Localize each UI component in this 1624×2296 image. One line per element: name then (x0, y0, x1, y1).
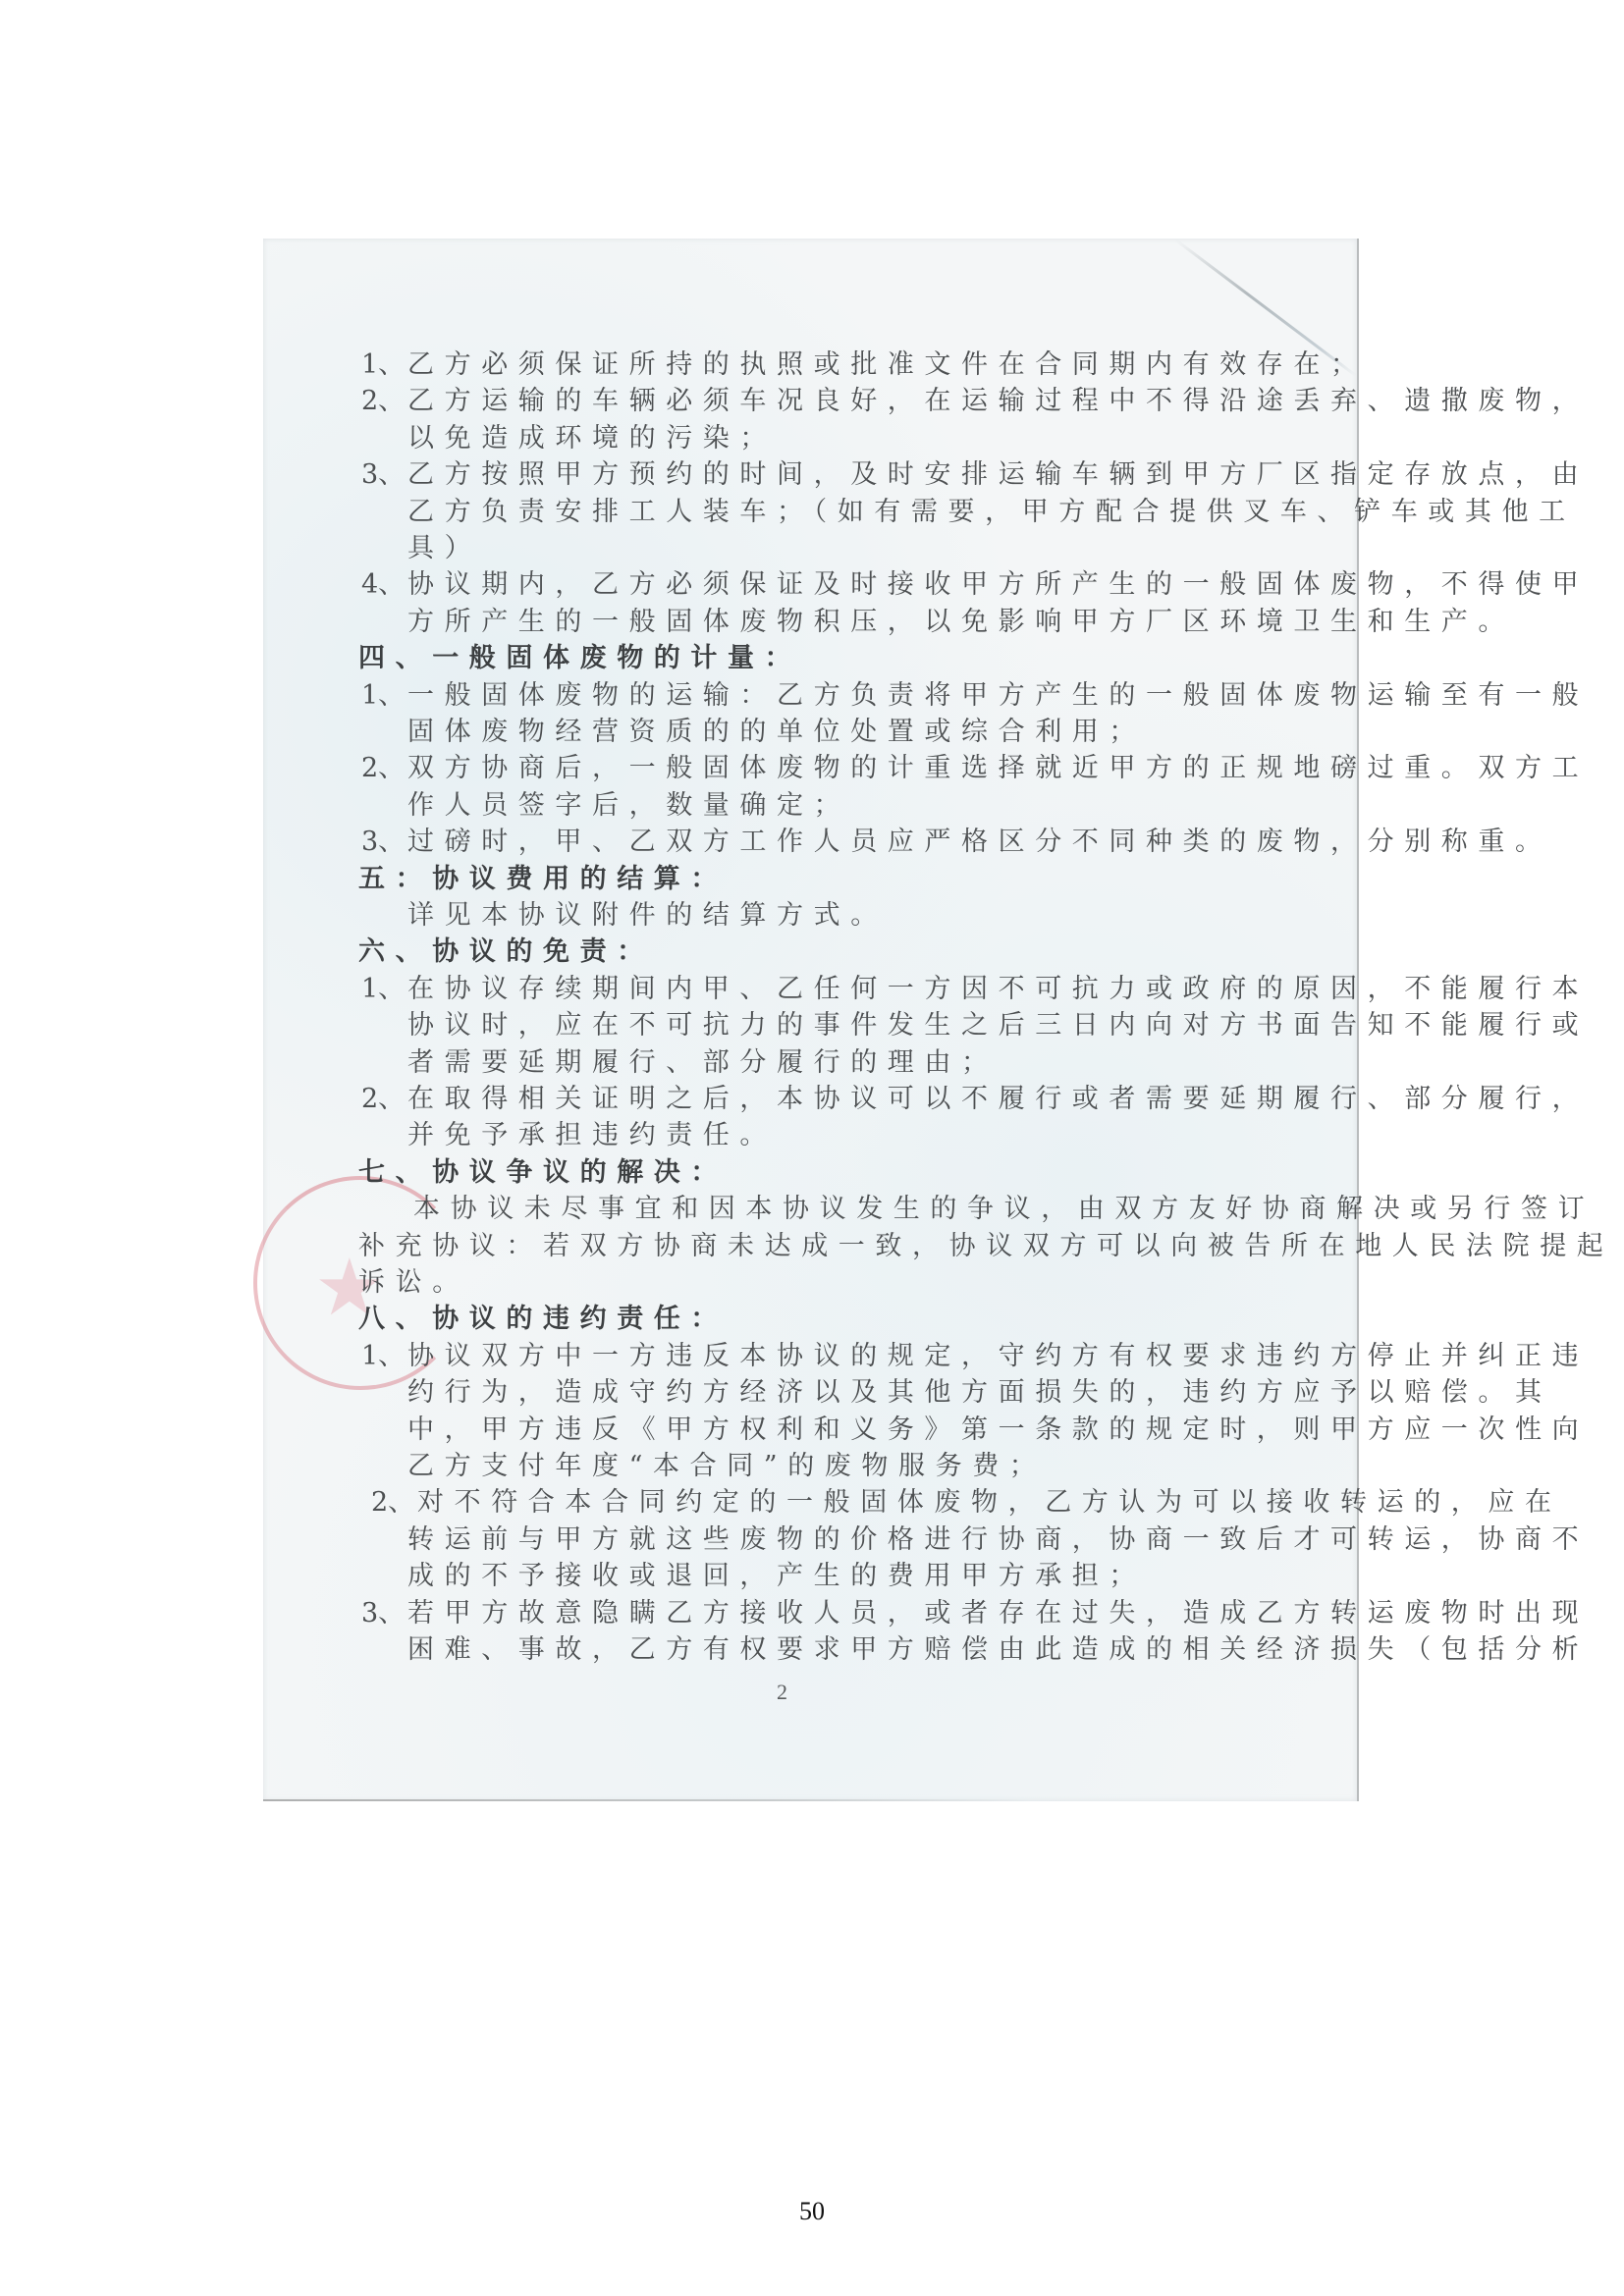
list-item-continuation: 以免造成环境的污染； (407, 422, 777, 455)
item-number: 3、 (361, 458, 405, 492)
line-text: 乙方必须保证所持的执照或批准文件在合同期内有效存在； (407, 349, 1368, 380)
section-heading: 四、一般固体废物的计量： (358, 642, 801, 675)
line-text: 协议双方中一方违反本协议的规定，守约方有权要求违约方停止并纠正违 (407, 1341, 1589, 1371)
list-item: 3、过磅时，甲、乙双方工作人员应严格区分不同种类的废物，分别称重。 (407, 826, 1552, 859)
item-number: 2、 (361, 1083, 405, 1116)
line-text: 在协议存续期间内甲、乙任何一方因不可抗力或政府的原因，不能履行本 (407, 974, 1589, 1004)
line-text: 四、一般固体废物的计量： (358, 643, 801, 673)
line-text: 乙方负责安排工人装车；（如有需要，甲方配合提供叉车、铲车或其他工 (407, 497, 1576, 527)
list-item-continuation: 具） (407, 532, 481, 565)
list-item-continuation: 并免予承担违约责任。 (407, 1119, 777, 1152)
section-heading: 五：协议费用的结算： (358, 863, 728, 896)
line-text: 方所产生的一般固体废物积压，以免影响甲方厂区环境卫生和生产。 (407, 607, 1515, 637)
list-item: 2、在取得相关证明之后，本协议可以不履行或者需要延期履行、部分履行， (407, 1083, 1589, 1116)
list-item-continuation: 方所产生的一般固体废物积压，以免影响甲方厂区环境卫生和生产。 (407, 606, 1515, 639)
line-text: 在取得相关证明之后，本协议可以不履行或者需要延期履行、部分履行， (407, 1084, 1589, 1114)
list-item-continuation: 乙方支付年度“本合同”的废物服务费； (407, 1450, 1046, 1483)
item-number: 1、 (361, 1340, 405, 1373)
scan-edge (263, 1799, 1357, 1801)
list-item-continuation: 乙方负责安排工人装车；（如有需要，甲方配合提供叉车、铲车或其他工 (407, 496, 1576, 529)
list-item: 2、双方协商后，一般固体废物的计重选择就近甲方的正规地磅过重。双方工 (407, 752, 1589, 785)
item-number: 2、 (371, 1486, 414, 1520)
line-text: 者需要延期履行、部分履行的理由； (407, 1047, 999, 1078)
paragraph-line: 诉讼。 (358, 1266, 469, 1300)
item-number: 1、 (361, 348, 405, 382)
section-heading: 七、协议争议的解决： (358, 1156, 728, 1190)
paragraph-line: 补充协议：若双方协商未达成一致，协议双方可以向被告所在地人民法院提起 (358, 1230, 1613, 1263)
line-text: 详见本协议附件的结算方式。 (407, 900, 888, 931)
list-item-continuation: 中，甲方违反《甲方权利和义务》第一条款的规定时，则甲方应一次性向 (407, 1414, 1589, 1447)
section-heading: 八、协议的违约责任： (358, 1303, 728, 1336)
line-text: 本协议未尽事宜和因本协议发生的争议，由双方友好协商解决或另行签订 (413, 1194, 1595, 1224)
list-item-continuation: 协议时，应在不可抗力的事件发生之后三日内向对方书面告知不能履行或 (407, 1009, 1589, 1042)
list-item-continuation: 困难、事故，乙方有权要求甲方赔偿由此造成的相关经济损失（包括分析 (407, 1633, 1589, 1667)
line-text: 若甲方故意隐瞒乙方接收人员，或者存在过失，造成乙方转运废物时出现 (407, 1598, 1589, 1629)
line-text: 作人员签字后，数量确定； (407, 790, 850, 821)
line-text: 八、协议的违约责任： (358, 1304, 728, 1334)
list-item: 4、协议期内，乙方必须保证及时接收甲方所产生的一般固体废物，不得使甲 (407, 568, 1589, 602)
line-text: 约行为，造成守约方经济以及其他方面损失的，违约方应予以赔偿。其 (407, 1377, 1552, 1408)
list-item: 3、若甲方故意隐瞒乙方接收人员，或者存在过失，造成乙方转运废物时出现 (407, 1597, 1589, 1630)
line-text: 乙方运输的车辆必须车况良好，在运输过程中不得沿途丢弃、遗撒废物， (407, 386, 1589, 416)
line-text: 转运前与甲方就这些废物的价格进行协商，协商一致后才可转运，协商不 (407, 1524, 1589, 1555)
paragraph-line: 本协议未尽事宜和因本协议发生的争议，由双方友好协商解决或另行签订 (413, 1193, 1595, 1226)
list-item: 1、在协议存续期间内甲、乙任何一方因不可抗力或政府的原因，不能履行本 (407, 973, 1589, 1006)
list-item-continuation: 作人员签字后，数量确定； (407, 789, 850, 823)
list-item: 1、一般固体废物的运输：乙方负责将甲方产生的一般固体废物运输至有一般 (407, 679, 1589, 713)
list-item: 2、乙方运输的车辆必须车况良好，在运输过程中不得沿途丢弃、遗撒废物， (407, 385, 1589, 418)
list-item-continuation: 详见本协议附件的结算方式。 (407, 899, 888, 933)
item-number: 3、 (361, 826, 405, 859)
list-item-continuation: 者需要延期履行、部分履行的理由； (407, 1046, 999, 1080)
line-text: 协议时，应在不可抗力的事件发生之后三日内向对方书面告知不能履行或 (407, 1010, 1589, 1041)
line-text: 协议期内，乙方必须保证及时接收甲方所产生的一般固体废物，不得使甲 (407, 569, 1589, 600)
list-item: 1、乙方必须保证所持的执照或批准文件在合同期内有效存在； (407, 348, 1368, 382)
list-item-continuation: 约行为，造成守约方经济以及其他方面损失的，违约方应予以赔偿。其 (407, 1376, 1552, 1410)
line-text: 以免造成环境的污染； (407, 423, 777, 454)
item-number: 2、 (361, 385, 405, 418)
list-item-continuation: 成的不予接收或退回，产生的费用甲方承担； (407, 1560, 1146, 1593)
line-text: 过磅时，甲、乙双方工作人员应严格区分不同种类的废物，分别称重。 (407, 827, 1552, 857)
list-item-continuation: 固体废物经营资质的的单位处置或综合利用； (407, 716, 1146, 749)
line-text: 六、协议的免责： (358, 936, 654, 967)
section-heading: 六、协议的免责： (358, 935, 654, 969)
list-item: 3、乙方按照甲方预约的时间，及时安排运输车辆到甲方厂区指定存放点，由 (407, 458, 1589, 492)
line-text: 具） (407, 533, 481, 563)
item-number: 2、 (361, 752, 405, 785)
list-item: 2、对不符合本合同约定的一般固体废物，乙方认为可以接收转运的，应在 (417, 1486, 1562, 1520)
scanned-contract-page: ★ 1、乙方必须保证所持的执照或批准文件在合同期内有效存在；2、乙方运输的车辆必… (263, 239, 1359, 1801)
line-text: 乙方支付年度“本合同”的废物服务费； (407, 1451, 1046, 1481)
item-number: 4、 (361, 568, 405, 602)
line-text: 并免予承担违约责任。 (407, 1120, 777, 1150)
item-number: 1、 (361, 679, 405, 713)
line-text: 诉讼。 (358, 1267, 469, 1298)
page-number: 50 (0, 2197, 1624, 2226)
line-text: 中，甲方违反《甲方权利和义务》第一条款的规定时，则甲方应一次性向 (407, 1415, 1589, 1445)
inner-page-number: 2 (777, 1680, 787, 1705)
line-text: 五：协议费用的结算： (358, 864, 728, 894)
item-number: 3、 (361, 1597, 405, 1630)
line-text: 补充协议：若双方协商未达成一致，协议双方可以向被告所在地人民法院提起 (358, 1231, 1613, 1261)
line-text: 七、协议争议的解决： (358, 1157, 728, 1188)
line-text: 双方协商后，一般固体废物的计重选择就近甲方的正规地磅过重。双方工 (407, 753, 1589, 783)
line-text: 一般固体废物的运输：乙方负责将甲方产生的一般固体废物运输至有一般 (407, 680, 1589, 711)
line-text: 困难、事故，乙方有权要求甲方赔偿由此造成的相关经济损失（包括分析 (407, 1634, 1589, 1665)
line-text: 固体废物经营资质的的单位处置或综合利用； (407, 717, 1146, 747)
list-item: 1、协议双方中一方违反本协议的规定，守约方有权要求违约方停止并纠正违 (407, 1340, 1589, 1373)
line-text: 成的不予接收或退回，产生的费用甲方承担； (407, 1561, 1146, 1591)
item-number: 1、 (361, 973, 405, 1006)
line-text: 乙方按照甲方预约的时间，及时安排运输车辆到甲方厂区指定存放点，由 (407, 459, 1589, 490)
list-item-continuation: 转运前与甲方就这些废物的价格进行协商，协商一致后才可转运，协商不 (407, 1523, 1589, 1557)
line-text: 对不符合本合同约定的一般固体废物，乙方认为可以接收转运的，应在 (417, 1487, 1562, 1518)
